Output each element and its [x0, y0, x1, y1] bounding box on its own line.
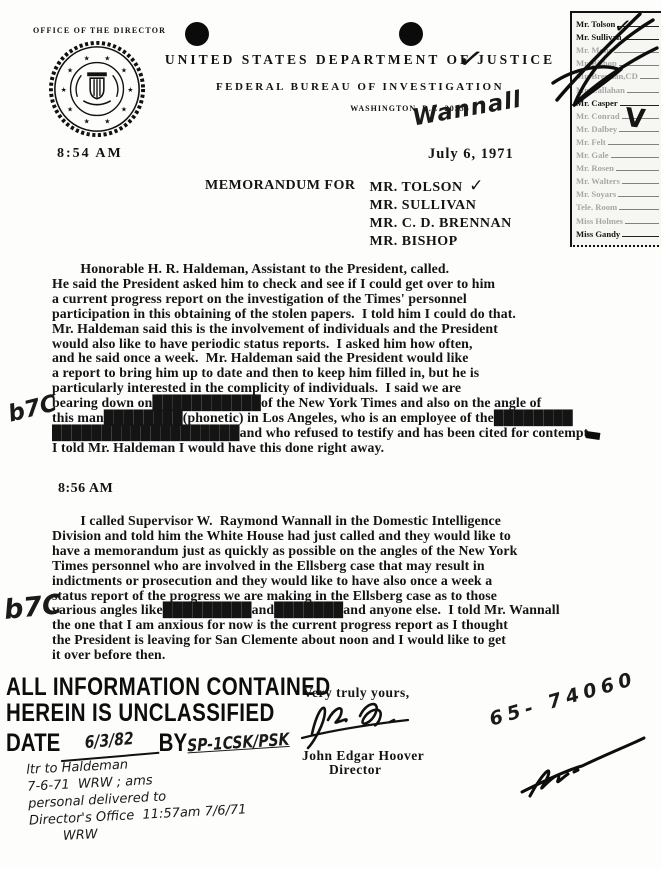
body-line: it over before then.: [52, 648, 560, 663]
paragraph-1: Honorable H. R. Haldeman, Assistant to t…: [52, 262, 592, 456]
svg-text:★: ★: [84, 55, 90, 63]
routing-check-icon: V: [623, 103, 646, 135]
memo-recipients: MR. TOLSON ✓ MR. SULLIVAN MR. C. D. BREN…: [369, 178, 511, 250]
routing-name: Miss Gandy: [576, 229, 620, 239]
routing-name: Tele. Room: [576, 202, 617, 212]
routing-leader-line: [608, 144, 659, 145]
routing-row: Mr. Dalbey: [576, 121, 661, 134]
routing-name: Mr. Rosen: [576, 163, 614, 173]
svg-text:★: ★: [84, 117, 90, 125]
stamp-date-label: DATE: [6, 728, 60, 758]
svg-text:★: ★: [104, 55, 110, 63]
routing-name: Mr. Soyars: [576, 189, 616, 199]
department-title: UNITED STATES DEPARTMENT OF JUSTICE: [160, 52, 560, 68]
body-line: participation in this obtaining of the s…: [52, 307, 592, 322]
memo-date: July 6, 1971: [428, 146, 514, 163]
stamp-line-1: ALL INFORMATION CONTAINED: [6, 674, 331, 700]
svg-text:★: ★: [127, 86, 133, 94]
routing-name: Mr. Dalbey: [576, 124, 617, 134]
paragraph-2: I called Supervisor W. Raymond Wannall i…: [52, 514, 560, 663]
memo-recipient: MR. C. D. BRENNAN: [369, 214, 511, 232]
svg-text:★: ★: [67, 66, 73, 74]
routing-name: Miss Holmes: [576, 216, 623, 226]
memo-recipient: MR. TOLSON ✓: [369, 178, 511, 196]
svg-text:★: ★: [121, 66, 127, 74]
time-856: 8:56 AM: [58, 481, 113, 497]
svg-text:★: ★: [104, 117, 110, 125]
memo-recipient: MR. BISHOP: [369, 232, 511, 250]
routing-leader-line: [611, 157, 659, 158]
routing-name: Mr. Gale: [576, 150, 609, 160]
routing-name: Mr. Walters: [576, 176, 620, 186]
punch-hole-left: [185, 22, 209, 46]
punch-hole-right: [399, 22, 423, 46]
routing-row: Miss Gandy: [576, 226, 661, 239]
svg-text:★: ★: [121, 106, 127, 114]
stamp-line-2: HEREIN IS UNCLASSIFIED: [6, 700, 331, 726]
sullivan-check-icon: ✓: [612, 13, 633, 39]
routing-row: Mr. Soyars: [576, 186, 661, 199]
routing-leader-line: [619, 209, 659, 210]
body-line: this man████████(phonetic) in Los Angele…: [52, 411, 592, 426]
office-of-director-label: OFFICE OF THE DIRECTOR: [33, 26, 166, 35]
routing-leader-line: [622, 183, 659, 184]
body-line: would also like to have periodic status …: [52, 337, 592, 352]
wannall-check-icon: ✓: [455, 40, 487, 79]
body-line: a report to bring him up to date and the…: [52, 366, 592, 381]
body-line: have a memorandum just as quickly as pos…: [52, 544, 560, 559]
memorandum-for-block: MEMORANDUM FOR MR. TOLSON ✓ MR. SULLIVAN…: [205, 178, 512, 250]
stamp-date-row: DATE 6/3/82 BY SP-1CSK/PSK: [6, 726, 331, 758]
approval-scrawl: [512, 722, 652, 800]
wannall-scrawl: Wannall: [411, 87, 524, 132]
signer-title: Director: [329, 762, 381, 778]
body-line: Division and told him the White House ha…: [52, 529, 560, 544]
handwritten-notes: ltr to Haldeman7-6-71 WRW ; amspersonal …: [26, 750, 248, 846]
recipient-check-icon: ✓: [463, 176, 484, 196]
body-line: the President is leaving for San Clement…: [52, 633, 560, 648]
body-line: various angles like█████████and███████an…: [52, 603, 560, 618]
body-line: and he said once a week. Mr. Haldeman sa…: [52, 351, 592, 366]
body-line: He said the President asked him to check…: [52, 277, 592, 292]
body-line: ███████████████████and who refused to te…: [52, 426, 592, 441]
body-line: a current progress report on the investi…: [52, 292, 592, 307]
memo-page: OFFICE OF THE DIRECTOR ★★★ ★★★ ★★★ ★ UNI…: [0, 0, 661, 869]
margin-note-b7c-2: b7C: [3, 589, 64, 626]
routing-leader-line: [625, 223, 659, 224]
routing-row: Mr. Walters: [576, 173, 661, 186]
body-line: Mr. Haldeman said this is the involvemen…: [52, 322, 592, 337]
hoover-signature: [298, 694, 433, 750]
body-line: the one that I am anxious for now is the…: [52, 618, 560, 633]
body-line: Times personnel who are involved in the …: [52, 559, 560, 574]
memo-recipient: MR. SULLIVAN: [369, 196, 511, 214]
routing-scrawl: [545, 8, 661, 118]
memorandum-for-label: MEMORANDUM FOR: [205, 178, 355, 250]
routing-row: Mr. Felt: [576, 134, 661, 147]
body-line: bearing down on███████████of the New Yor…: [52, 396, 592, 411]
time-854: 8:54 AM: [57, 146, 123, 162]
body-line: indictments or prosecution and they woul…: [52, 574, 560, 589]
routing-row: Mr. Rosen: [576, 160, 661, 173]
svg-text:★: ★: [61, 86, 67, 94]
routing-leader-line: [618, 196, 659, 197]
routing-leader-line: [622, 236, 659, 237]
routing-name: Mr. Felt: [576, 137, 606, 147]
routing-row: Miss Holmes: [576, 212, 661, 225]
svg-text:★: ★: [67, 106, 73, 114]
body-line: particularly interested in the complicit…: [52, 381, 592, 396]
routing-leader-line: [616, 170, 659, 171]
body-line: I told Mr. Haldeman I would have this do…: [52, 441, 592, 456]
body-line: Honorable H. R. Haldeman, Assistant to t…: [52, 262, 592, 277]
body-line: I called Supervisor W. Raymond Wannall i…: [52, 514, 560, 529]
fbi-seal-icon: ★★★ ★★★ ★★★ ★: [48, 40, 146, 138]
routing-row: Mr. Gale: [576, 147, 661, 160]
routing-row: Tele. Room: [576, 199, 661, 212]
